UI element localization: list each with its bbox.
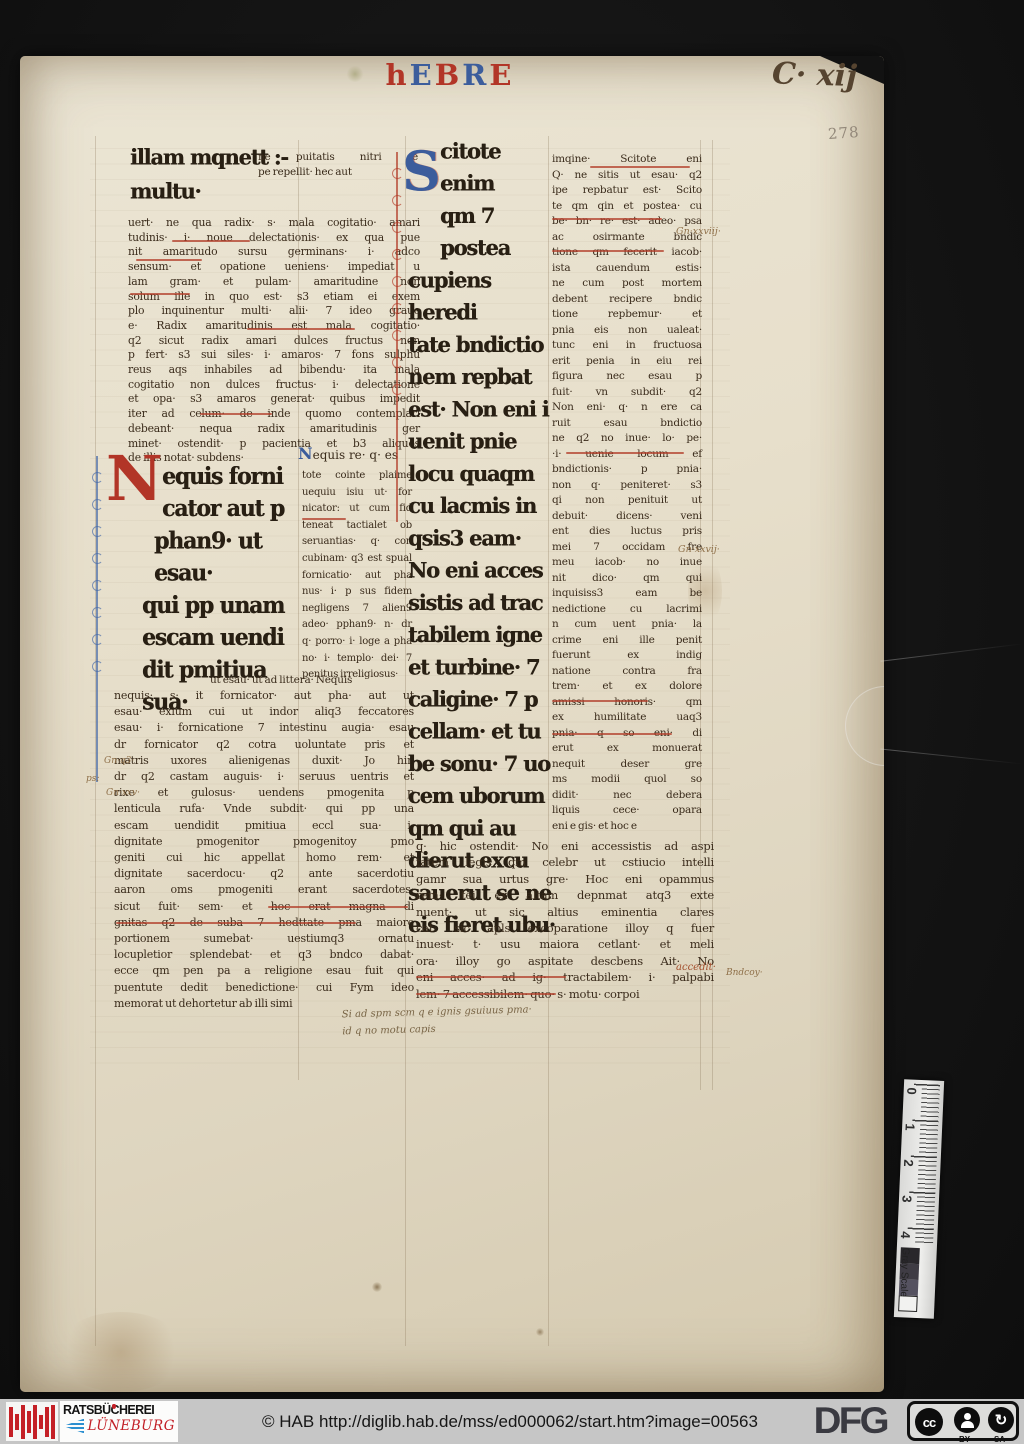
page-holder-strap: [880, 748, 1023, 764]
pencil-foliation: 278: [827, 123, 860, 143]
red-underline: [552, 218, 662, 220]
running-title-letter: E: [489, 58, 514, 92]
left-heading-line: multu·: [130, 178, 201, 204]
running-title-letter: B: [435, 58, 463, 92]
cc-logo-icon: cc: [915, 1408, 943, 1436]
cc-license-badge: cc ↻ BY SA: [907, 1401, 1019, 1441]
library-logo: RATSBÜCHEREI LÜNEBURG: [60, 1401, 178, 1442]
red-underline: [200, 413, 272, 415]
margin-note-accedit: accedit·: [676, 962, 716, 973]
red-underline: [552, 700, 648, 702]
margin-note-right-1: Gn·xxviij·: [676, 226, 721, 237]
filigree-red: [396, 152, 403, 522]
red-umlaut-dot-icon: [112, 1404, 116, 1409]
red-underline: [416, 976, 566, 978]
chapter-number: C· xij: [771, 56, 872, 94]
footer-bar: RATSBÜCHEREI LÜNEBURG © HAB http://digli…: [0, 1399, 1024, 1444]
ruler-cm-ticks: [907, 1084, 940, 1245]
margin-note-left-2: ps:: [86, 774, 99, 784]
manuscript-page: hEBRE C· xij 278 illam mqnett :- multu· …: [20, 56, 884, 1392]
red-underline: [247, 328, 355, 330]
margin-note-bndcoy: Bndcoy·: [726, 968, 763, 978]
red-underline: [268, 906, 408, 908]
cc-by-label: BY: [959, 1435, 970, 1444]
left-bottom-gloss: nequis· s· it fornicator· aut pha· aut u…: [114, 688, 414, 1012]
blue-book-icon: [63, 1419, 84, 1434]
middle-display-text: citote enimqm 7 posteacupiens hereditate…: [408, 135, 558, 941]
library-barcode-logo-icon: [6, 1402, 58, 1441]
page-holder-clip: [845, 686, 884, 766]
red-underline: [172, 240, 250, 242]
red-underline: [130, 293, 190, 295]
margin-note-right-2: Gn·xxvij·: [678, 544, 720, 555]
red-underline: [552, 733, 672, 735]
library-name: RATSBÜCHEREI: [63, 1403, 175, 1417]
red-underline: [136, 259, 202, 261]
left-catch-line: ut esau· ut ad littera· Nequis: [210, 674, 410, 686]
margin-note-left-1: Gn·q3·: [104, 756, 134, 766]
cc-sa-label: SA: [994, 1435, 1005, 1444]
page-holder-strap: [880, 643, 1023, 662]
copyright-url-text: © HAB http://diglib.hab.de/mss/ed000062/…: [230, 1399, 790, 1444]
cc-sa-icon: ↻: [988, 1407, 1014, 1433]
stain: [372, 1282, 382, 1292]
filigree-blue: [96, 456, 103, 782]
red-underline: [552, 250, 664, 252]
red-underline: [566, 452, 684, 454]
red-underline: [416, 993, 556, 995]
running-title-letter: R: [462, 58, 489, 92]
left-top-gloss: uert· ne qua radix· s· mala cogitatio· a…: [128, 216, 420, 466]
red-underline: [116, 922, 356, 924]
library-city: LÜNEBURG: [87, 1418, 175, 1434]
manuscript-photo: hEBRE C· xij 278 illam mqnett :- multu· …: [0, 0, 1024, 1399]
stain: [536, 1328, 544, 1336]
running-title: hEBRE: [360, 58, 540, 92]
catchword-text: equis re· q· es: [313, 448, 398, 462]
book-headband: [0, 36, 40, 56]
margin-note-left-3: Gn·xxv·: [106, 788, 140, 798]
red-underline: [302, 518, 346, 520]
dfg-logo: DFG: [814, 1400, 887, 1442]
right-gloss: imqine· Scitote eniQ· ne sitis ut esau· …: [552, 152, 702, 834]
red-underline: [590, 166, 690, 168]
running-title-letter: h: [386, 58, 410, 92]
cc-by-icon: [954, 1407, 980, 1433]
gray-scale-ruler: 0 1 2 3 4 Gray Scale: [894, 1079, 944, 1319]
running-title-letter: E: [410, 58, 435, 92]
stain: [56, 1312, 186, 1392]
